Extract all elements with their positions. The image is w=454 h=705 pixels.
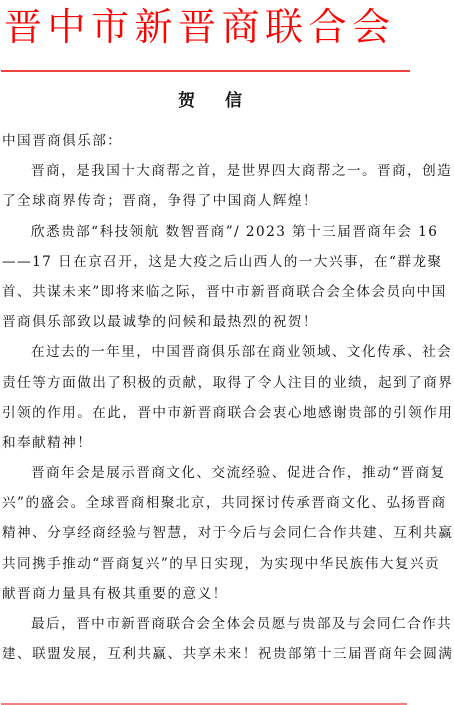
body-line: 和奉献精神！ [2, 428, 422, 458]
body-line: 在过去的一年里，中国晋商俱乐部在商业领域、文化传承、社会 [2, 337, 422, 367]
body-line: 晋商，是我国十大商帮之首，是世界四大商帮之一。晋商，创造 [2, 156, 422, 186]
header-divider [1, 70, 410, 72]
body-line: 引领的作用。在此，晋中市新晋商联合会衷心地感谢贵部的引领作用 [2, 398, 422, 428]
body-line: 欣悉贵部“科技领航 数智晋商”/ 2023 第十三届晋商年会 16 [2, 217, 422, 247]
organization-title: 晋中市新晋商联合会 [4, 2, 424, 52]
body-line: ——17 日在京召开，这是大疫之后山西人的一大兴事，在“群龙聚 [2, 247, 422, 277]
body-line: 献晋商力量具有极其重要的意义！ [2, 579, 422, 609]
letter-heading: 贺 信 [0, 90, 420, 112]
body-line: 责任等方面做出了积极的贡献，取得了令人注目的业绩，起到了商界 [2, 368, 422, 398]
body-line: 晋商俱乐部致以最诚挚的问候和最热烈的祝贺！ [2, 307, 422, 337]
body-line: 最后，晋中市新晋商联合会全体会员愿与贵部及与会同仁合作共 [2, 609, 422, 639]
heading-char-1: 贺 [178, 90, 195, 112]
salutation: 中国晋商俱乐部： [2, 126, 422, 156]
body-line: 兴”的盛会。全球晋商相聚北京，共同探讨传承晋商文化、弘扬晋商 [2, 488, 422, 518]
body-line: 了全球商界传奇；晋商，争得了中国商人辉煌！ [2, 186, 422, 216]
body-line: 建、联盟发展，互利共赢、共享未来！祝贵部第十三届晋商年会圆满 [2, 639, 422, 669]
body-line: 首、共谋未来”即将来临之际，晋中市新晋商联合会全体会员向中国 [2, 277, 422, 307]
letter-body: 中国晋商俱乐部： 晋商，是我国十大商帮之首，是世界四大商帮之一。晋商，创造 了全… [2, 126, 422, 669]
body-line: 共同携手推动“晋商复兴”的早日实现，为实现中华民族伟大复兴贡 [2, 549, 422, 579]
heading-char-2: 信 [225, 90, 242, 112]
body-line: 晋商年会是展示晋商文化、交流经验、促进合作，推动“晋商复 [2, 458, 422, 488]
body-line: 精神、分享经商经验与智慧，对于今后与会同仁合作共建、互利共赢， [2, 518, 422, 548]
